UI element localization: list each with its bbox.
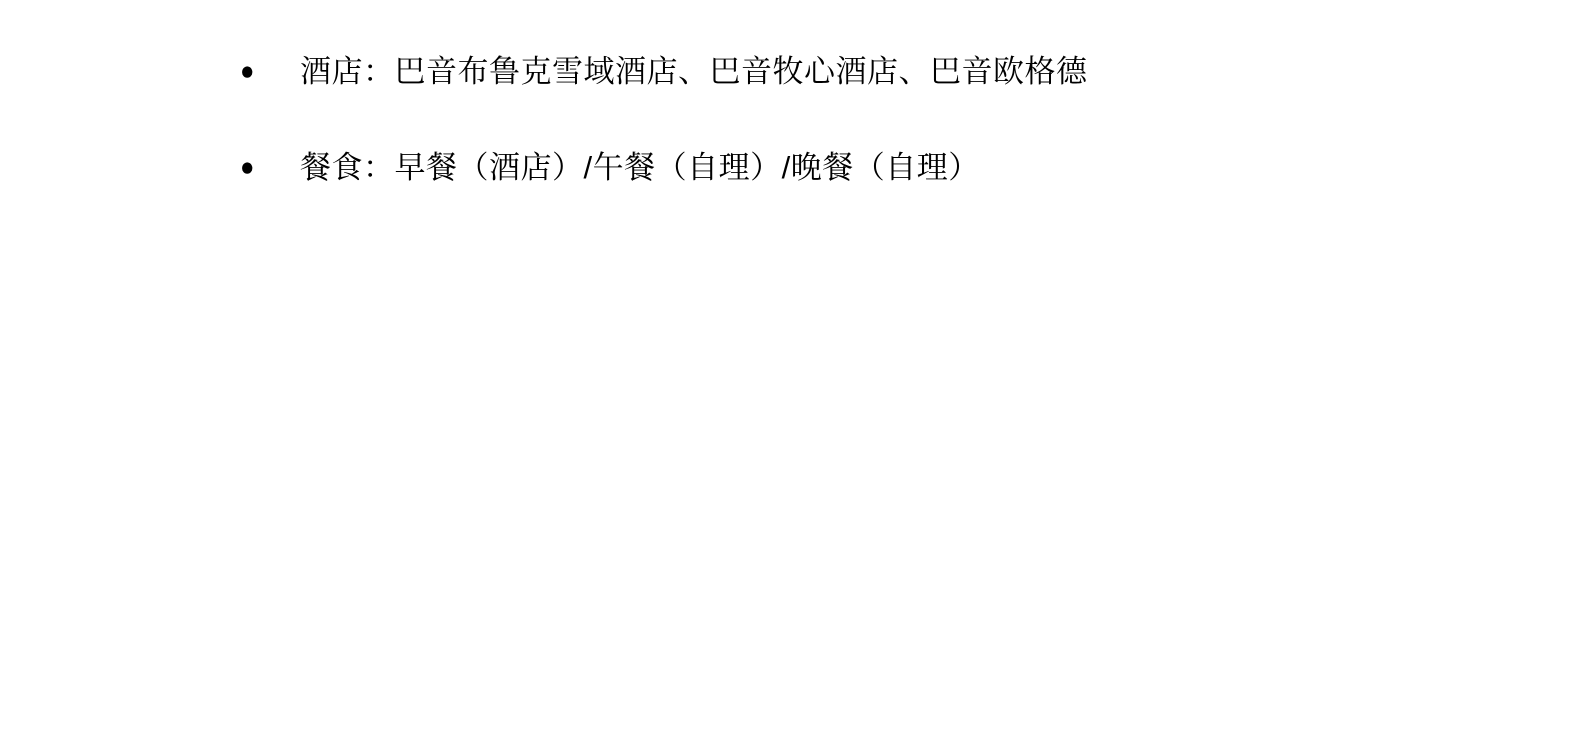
list-item-text-hotel: 酒店：巴音布鲁克雪域酒店、巴音牧心酒店、巴音欧格德 xyxy=(300,50,1088,94)
list-item-meals: ● 餐食：早餐（酒店）/午餐（自理）/晚餐（自理） xyxy=(240,146,1088,190)
bullet-list: ● 酒店：巴音布鲁克雪域酒店、巴音牧心酒店、巴音欧格德 ● 餐食：早餐（酒店）/… xyxy=(240,50,1088,242)
bullet-icon: ● xyxy=(240,48,262,96)
bullet-icon: ● xyxy=(240,144,262,192)
list-item-hotel: ● 酒店：巴音布鲁克雪域酒店、巴音牧心酒店、巴音欧格德 xyxy=(240,50,1088,94)
list-item-text-meals: 餐食：早餐（酒店）/午餐（自理）/晚餐（自理） xyxy=(300,146,980,190)
